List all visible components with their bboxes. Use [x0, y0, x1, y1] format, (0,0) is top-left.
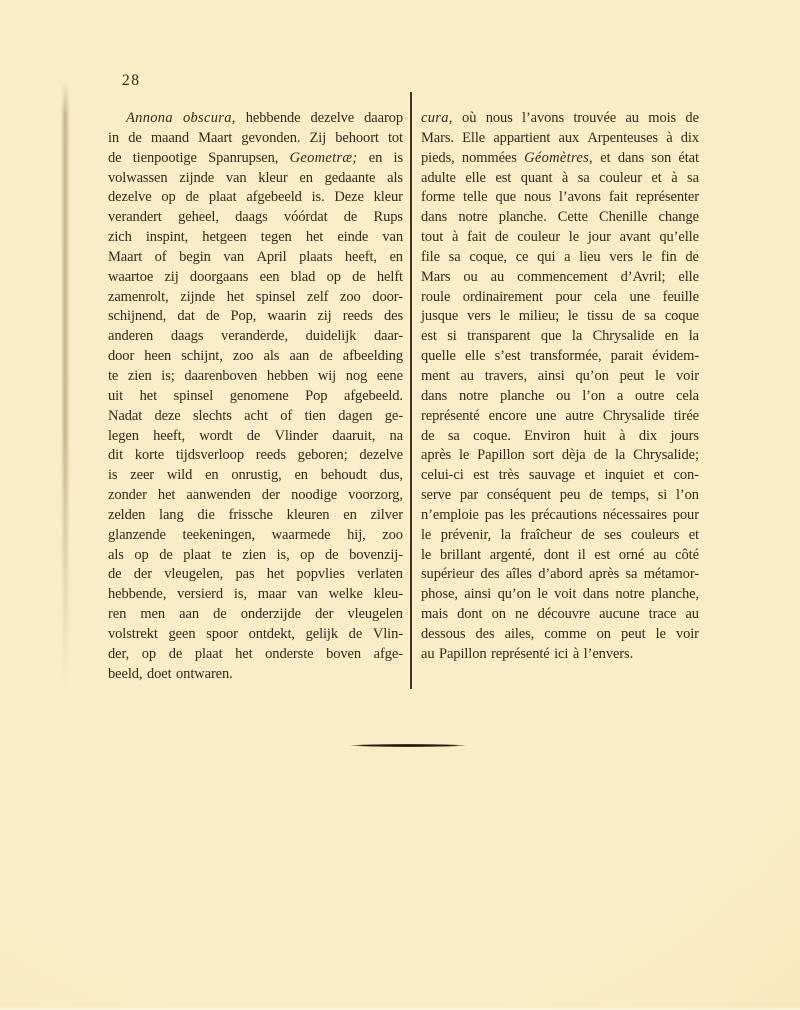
- text-line: Mars.ElleappartientauxArpenteusesàdix: [421, 129, 699, 149]
- word: sort: [533, 446, 554, 466]
- word: et: [654, 466, 664, 486]
- word: les: [510, 506, 526, 526]
- word: en: [294, 466, 308, 486]
- word: Nadat: [108, 407, 142, 427]
- word: dont: [457, 605, 482, 625]
- word: des: [476, 625, 495, 645]
- word: en: [389, 248, 403, 268]
- word: sa: [625, 565, 637, 585]
- word: précautions: [531, 506, 597, 526]
- word: représenter: [636, 188, 699, 208]
- word: est: [594, 546, 610, 566]
- word: ontwaren.: [176, 665, 233, 685]
- word: Rups: [374, 208, 403, 228]
- word: tienpootige: [133, 149, 197, 169]
- word: le: [421, 526, 431, 546]
- word: sa: [578, 169, 590, 189]
- word: Spanrupsen,: [208, 149, 278, 169]
- word: pas: [485, 506, 504, 526]
- word: dans: [421, 387, 447, 407]
- word: qu’on: [575, 367, 608, 387]
- word: temps,: [611, 486, 649, 506]
- word: peut: [620, 367, 645, 387]
- page: { "document": { "type": "scanned-book-pa…: [0, 0, 800, 1010]
- word: fait: [467, 228, 486, 248]
- word: l’envers.: [584, 645, 633, 665]
- word: au: [653, 546, 667, 566]
- word: Mars: [421, 268, 450, 288]
- word: la: [501, 526, 511, 546]
- word: het: [267, 565, 284, 585]
- page-number: 28: [122, 72, 141, 90]
- word: zoo: [340, 288, 361, 308]
- word: de: [352, 268, 366, 288]
- word: très: [499, 466, 520, 486]
- word: son: [651, 149, 671, 169]
- word: die: [197, 506, 214, 526]
- word: begin: [179, 248, 211, 268]
- word: le: [421, 546, 431, 566]
- word: de: [594, 446, 608, 466]
- italic-word: cura,: [421, 109, 453, 129]
- word: dit: [108, 446, 123, 466]
- word: forme: [421, 188, 455, 208]
- text-line: dessousdesailes,commeonpeutlevoir: [421, 625, 699, 645]
- word: kleu-: [374, 585, 403, 605]
- word: métamor-: [644, 565, 699, 585]
- text-line: desacoque.Environhuitàdixjours: [421, 427, 699, 447]
- word: si: [447, 327, 456, 347]
- text-line: représentéencoreuneautreChrysalidetirée: [421, 407, 699, 427]
- word: encore: [489, 407, 527, 427]
- word: hebben: [267, 367, 308, 387]
- word: voir: [676, 367, 699, 387]
- word: si: [658, 486, 667, 506]
- text-line: iszeerwildenonrustig,enbehoudtdus,: [108, 466, 403, 486]
- word: wild: [167, 466, 192, 486]
- word: cela: [676, 387, 699, 407]
- word: is,: [234, 585, 247, 605]
- word: slechts: [193, 407, 232, 427]
- text-line: zamenrolt,zijndehetspinselzelfzoodoor-: [108, 288, 403, 308]
- word: geheel,: [178, 208, 219, 228]
- word: daar-: [374, 327, 403, 347]
- word: frissche: [229, 506, 273, 526]
- section-end-rule: [349, 744, 467, 747]
- text-line: dansnotreplanche.CetteChenillechange: [421, 208, 699, 228]
- word: dont: [544, 546, 569, 566]
- word: voir: [676, 625, 699, 645]
- word: onrustig,: [231, 466, 281, 486]
- word: ontdekt,: [249, 625, 295, 645]
- word: avant: [620, 228, 651, 248]
- text-line: auPapillonreprésentéiciàl’envers.: [421, 645, 699, 665]
- word: et: [585, 466, 595, 486]
- word: s’est: [495, 347, 521, 367]
- word: tot: [388, 129, 403, 149]
- word: waartoe: [108, 268, 153, 288]
- word: beeld,: [108, 665, 142, 685]
- word: tijdsverloop: [176, 446, 244, 466]
- word: à: [452, 228, 458, 248]
- word: on: [492, 605, 506, 625]
- word: l’avons: [559, 188, 601, 208]
- word: coque.: [473, 427, 511, 447]
- italic-word: obscura,: [183, 109, 236, 129]
- word: verandert: [108, 208, 162, 228]
- page-bottom-edge: [0, 1006, 800, 1010]
- word: à: [666, 129, 672, 149]
- word: afbeelding: [343, 347, 403, 367]
- text-line: der,opdeplaathetonderstebovenafge-: [108, 645, 403, 665]
- word: elle: [465, 347, 486, 367]
- word: zoo: [233, 347, 254, 367]
- word: dix: [639, 427, 657, 447]
- word: fraîcheur: [520, 526, 571, 546]
- word: gelijk: [306, 625, 338, 645]
- word: Zij: [310, 129, 327, 149]
- word: de: [349, 625, 363, 645]
- word: n’emploie: [421, 506, 479, 526]
- word: aux: [559, 129, 580, 149]
- word: Papillon: [477, 446, 525, 466]
- word: plaat: [195, 645, 223, 665]
- word: nommées: [462, 149, 517, 169]
- word: popvlies: [296, 565, 344, 585]
- text-line: dedervleugelen,pashetpopvliesverlaten: [108, 565, 403, 585]
- word: daarop: [364, 109, 403, 129]
- word: telle: [463, 188, 487, 208]
- word: hebbende,: [108, 585, 166, 605]
- text-line: Marsouaucommencementd’Avril;elle: [421, 268, 699, 288]
- word: une: [629, 288, 650, 308]
- word: of: [155, 248, 167, 268]
- word: le: [537, 585, 547, 605]
- word: einde: [337, 228, 368, 248]
- word: comme: [544, 625, 586, 645]
- word: évidem-: [652, 347, 699, 367]
- french-column: cura,oùnousl’avonstrouvéeaumoisdeMars.El…: [421, 109, 699, 665]
- word: April: [257, 248, 287, 268]
- word: daarenboven: [184, 367, 257, 387]
- word: afgebeeld.: [344, 387, 403, 407]
- word: au: [625, 109, 639, 129]
- word: la: [615, 446, 625, 466]
- word: teekeningen,: [183, 526, 255, 546]
- word: hetgeen: [202, 228, 246, 248]
- word: Chrysalide;: [633, 446, 699, 466]
- text-line: dezelveopdeplaatafgebeeldis.Dezekleur: [108, 188, 403, 208]
- word: dezelve: [108, 188, 152, 208]
- word: jours: [670, 427, 699, 447]
- word: zijnde: [179, 169, 214, 189]
- word: prévenir,: [441, 526, 491, 546]
- word: op: [327, 268, 341, 288]
- word: par: [460, 486, 478, 506]
- text-line: n’emploiepaslesprécautionsnécessairespou…: [421, 506, 699, 526]
- word: is: [108, 466, 117, 486]
- word: roule: [421, 288, 450, 308]
- word: blad: [291, 268, 316, 288]
- word: zich: [108, 228, 132, 248]
- word: zij: [317, 307, 331, 327]
- word: de: [206, 307, 220, 327]
- word: vers: [467, 307, 491, 327]
- word: afge-: [374, 645, 403, 665]
- text-line: hebbende,versierdis,maarvanwelkekleu-: [108, 585, 403, 605]
- word: que: [541, 327, 562, 347]
- word: outre: [635, 387, 664, 407]
- word: après: [421, 446, 451, 466]
- word: behoort: [335, 129, 379, 149]
- word: Maart: [108, 248, 142, 268]
- text-line: detienpootigeSpanrupsen,Geometræ;enis: [108, 149, 403, 169]
- word: notre: [459, 387, 488, 407]
- word: hij,: [347, 526, 366, 546]
- word: Environ: [524, 427, 570, 447]
- word: transparent: [467, 327, 530, 347]
- word: feuille: [663, 288, 699, 308]
- word: behoudt: [321, 466, 367, 486]
- word: is: [394, 149, 403, 169]
- word: gedaante: [325, 169, 376, 189]
- word: a: [564, 248, 570, 268]
- word: supérieur: [421, 565, 474, 585]
- column-divider: [410, 92, 412, 689]
- text-line: waartoezijdoorgaanseenbladopdehelft: [108, 268, 403, 288]
- word: de: [319, 347, 333, 367]
- word: Chrysalide: [603, 407, 665, 427]
- word: dus,: [380, 466, 403, 486]
- word: is,: [277, 546, 290, 566]
- word: voorzorg,: [348, 486, 403, 506]
- word: schijnend,: [108, 307, 166, 327]
- word: na: [389, 427, 403, 447]
- word: découvre: [538, 605, 590, 625]
- word: duidelijk: [306, 327, 357, 347]
- text-line: uithetspinselgenomenePopafgebeeld.: [108, 387, 403, 407]
- word: voit: [554, 585, 576, 605]
- word: que: [495, 188, 516, 208]
- word: als: [264, 347, 280, 367]
- word: le: [642, 248, 652, 268]
- word: Chrysalide: [593, 327, 655, 347]
- word: ailes,: [505, 625, 535, 645]
- text-line: celui-ciesttrèssauvageetinquietetcon-: [421, 466, 699, 486]
- word: dessous: [421, 625, 465, 645]
- word: adulte: [421, 169, 456, 189]
- word: orné: [619, 546, 644, 566]
- word: ce: [516, 248, 529, 268]
- word: vóórdat: [284, 208, 328, 228]
- word: est: [473, 466, 489, 486]
- word: zoo: [382, 526, 403, 546]
- word: zilver: [371, 506, 403, 526]
- word: der: [262, 486, 280, 506]
- word: volwassen: [108, 169, 168, 189]
- word: gevonden.: [241, 129, 300, 149]
- word: kleur: [374, 188, 403, 208]
- word: aanwenden: [186, 486, 250, 506]
- word: een: [260, 268, 280, 288]
- text-line: toutàfaitdecouleurlejouravantqu’elle: [421, 228, 699, 248]
- text-line: legenheeft,wordtdeVlinderdaaruit,na: [108, 427, 403, 447]
- word: il: [578, 546, 586, 566]
- word: pour: [555, 288, 581, 308]
- word: planche: [500, 387, 544, 407]
- word: op: [300, 546, 314, 566]
- word: plaat: [183, 546, 211, 566]
- word: l’on: [676, 486, 699, 506]
- word: wij: [318, 367, 336, 387]
- word: door-: [372, 288, 403, 308]
- word: de: [325, 546, 339, 566]
- word: Arpenteuses: [587, 129, 658, 149]
- word: aan: [289, 347, 309, 367]
- word: et: [689, 526, 699, 546]
- word: la: [572, 327, 582, 347]
- text-line: tezienis;daarenbovenhebbenwijnogeene: [108, 367, 403, 387]
- word: brillant: [440, 546, 481, 566]
- word: de: [421, 427, 435, 447]
- word: en: [205, 466, 219, 486]
- word: dans: [618, 149, 644, 169]
- word: peu: [560, 486, 581, 506]
- word: des: [384, 307, 403, 327]
- word: ou: [556, 387, 570, 407]
- text-line: doorheenschijnt,zooalsaandeafbeelding: [108, 347, 403, 367]
- word: heeft,: [153, 427, 185, 447]
- text-line: serveparconséquentpeudetemps,sil’on: [421, 486, 699, 506]
- word: et: [651, 169, 661, 189]
- word: zijnde: [180, 288, 215, 308]
- word: Papillon: [439, 645, 487, 665]
- word: Cette: [558, 208, 588, 228]
- word: de: [186, 188, 200, 208]
- text-line: rouleordinairementpourcelaunefeuille: [421, 288, 699, 308]
- word: van: [297, 585, 318, 605]
- word: change: [658, 208, 698, 228]
- word: au: [421, 645, 435, 665]
- word: doet: [147, 665, 172, 685]
- word: d’Avril;: [621, 268, 666, 288]
- text-line: maisdontonnedécouvreaucunetraceau: [421, 605, 699, 625]
- word: is.: [312, 188, 325, 208]
- word: vleugelen,: [164, 565, 223, 585]
- italic-word: Géomètres,: [524, 149, 593, 169]
- word: autre: [565, 407, 593, 427]
- word: of: [280, 407, 292, 427]
- italic-word: Annona: [126, 109, 173, 129]
- word: le: [569, 228, 579, 248]
- word: maar: [258, 585, 287, 605]
- word: couleur: [599, 169, 642, 189]
- word: qu’elle: [659, 228, 699, 248]
- word: de: [622, 307, 636, 327]
- word: couleur: [517, 228, 560, 248]
- word: serve: [421, 486, 451, 506]
- word: eene: [377, 367, 403, 387]
- word: ordinairement: [463, 288, 543, 308]
- word: de: [685, 248, 699, 268]
- word: mois: [648, 109, 676, 129]
- text-line: anderendaagsveranderde,duidelijkdaar-: [108, 327, 403, 347]
- word: onderste: [265, 645, 313, 665]
- word: de: [589, 486, 603, 506]
- word: travers,: [485, 367, 527, 387]
- word: uit: [108, 387, 123, 407]
- word: tegen: [261, 228, 292, 248]
- word: doorgaans: [190, 268, 248, 288]
- text-line: phose,ainsiqu’onlevoitdansnotreplanche,: [421, 585, 699, 605]
- word: op: [161, 188, 175, 208]
- word: parait: [611, 347, 643, 367]
- word: ainsi: [538, 367, 565, 387]
- word: reeds: [256, 446, 286, 466]
- word: daags: [171, 327, 204, 347]
- word: pas: [235, 565, 254, 585]
- word: deze: [154, 407, 180, 427]
- word: tirée: [674, 407, 699, 427]
- word: versierd: [177, 585, 223, 605]
- word: de: [685, 109, 699, 129]
- word: nous: [486, 109, 513, 129]
- word: zien: [128, 367, 152, 387]
- word: Deze: [334, 188, 363, 208]
- word: men: [140, 605, 165, 625]
- word: l’avons: [522, 109, 564, 129]
- word: Chenille: [599, 208, 647, 228]
- word: wordt: [199, 427, 232, 447]
- word: zien: [242, 546, 266, 566]
- word: huit: [584, 427, 606, 447]
- word: de: [581, 526, 595, 546]
- word: nécessaires: [603, 506, 667, 526]
- word: zeer: [130, 466, 154, 486]
- word: sa: [448, 427, 460, 447]
- word: à: [562, 169, 568, 189]
- word: op: [134, 546, 148, 566]
- word: sauvage: [529, 466, 575, 486]
- word: ne: [515, 605, 529, 625]
- word: daaruit,: [332, 427, 375, 447]
- text-line: glanzendeteekeningen,waarmedehij,zoo: [108, 526, 403, 546]
- word: welke: [329, 585, 363, 605]
- text-line: beeld,doetontwaren.: [108, 665, 403, 685]
- word: het: [235, 645, 252, 665]
- word: spinsel: [174, 387, 214, 407]
- word: ou: [463, 268, 477, 288]
- word: coque,: [469, 248, 507, 268]
- word: la: [689, 327, 699, 347]
- word: représenté: [491, 645, 550, 665]
- text-line: pieds,nomméesGéomètres,etdanssonétat: [421, 149, 699, 169]
- word: Pop,: [231, 307, 257, 327]
- word: con-: [674, 466, 699, 486]
- word: celui-ci: [421, 466, 464, 486]
- word: qui: [537, 248, 555, 268]
- word: der: [315, 605, 333, 625]
- word: legen: [108, 427, 139, 447]
- word: dat: [177, 307, 194, 327]
- word: korte: [135, 446, 164, 466]
- text-line: jusqueverslemilieu;letissudesacoque: [421, 307, 699, 327]
- word: planche.: [499, 208, 547, 228]
- word: représenté: [421, 407, 480, 427]
- word: on: [597, 625, 611, 645]
- word: kleur: [258, 169, 287, 189]
- text-line: Nadatdezeslechtsachtoftiendagenge-: [108, 407, 403, 427]
